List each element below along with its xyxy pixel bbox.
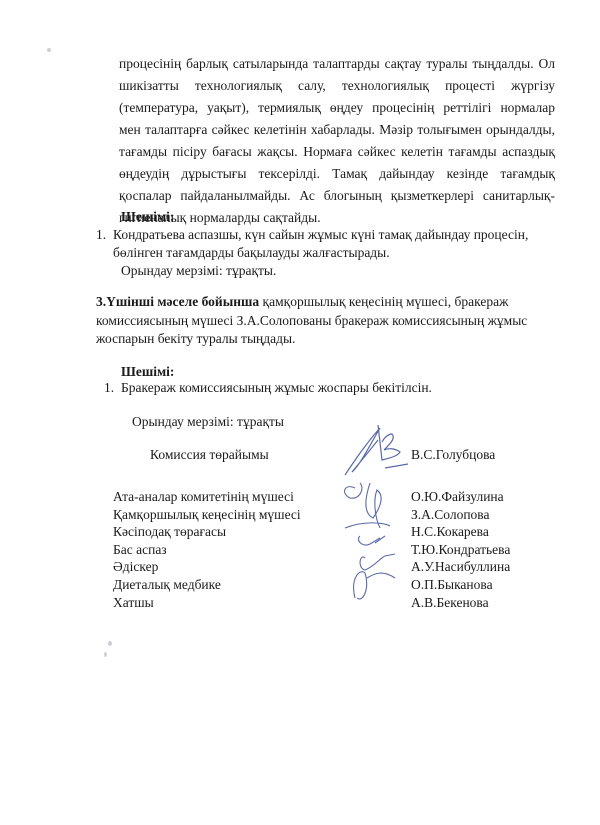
paragraph-line: шикізатты технологиялық салу, технология… — [119, 75, 555, 97]
paragraph-line: (температура, уақыт), термиялық өңдеу пр… — [119, 97, 555, 119]
member-name: О.Ю.Файзулина — [411, 488, 510, 506]
member-role: Әдіскер — [113, 558, 301, 576]
scan-speck — [104, 652, 107, 657]
member-role: Кәсіподақ төрағасы — [113, 523, 301, 541]
member-role: Хатшы — [113, 594, 301, 612]
issue3-line: жоспарын бекіту туралы тыңдады. — [96, 331, 295, 347]
member-role: Диеталық медбике — [113, 576, 301, 594]
member-name: Н.С.Кокарева — [411, 523, 510, 541]
decision-heading: Шешімі: — [121, 209, 174, 225]
member-names: О.Ю.Файзулина З.А.Солопова Н.С.Кокарева … — [411, 488, 510, 611]
member-name: Т.Ю.Кондратьева — [411, 541, 510, 559]
member-roles: Ата-аналар комитетінің мүшесі Қамқоршылы… — [113, 488, 301, 611]
scan-speck — [47, 48, 51, 52]
deadline-text: Орындау мерзімі: тұрақты. — [121, 263, 276, 279]
scan-speck — [108, 641, 112, 646]
paragraph-cooking-process: процесінің барлық сатыларында талаптарды… — [119, 53, 555, 229]
member-role: Қамқоршылық кеңесінің мүшесі — [113, 506, 301, 524]
issue3-heading: 3.Үшінші мәселе бойынша — [96, 294, 259, 309]
signature-chair — [340, 420, 410, 480]
member-name: А.В.Бекенова — [411, 594, 510, 612]
member-name: О.П.Быканова — [411, 576, 510, 594]
issue3-line: 3.Үшінші мәселе бойынша қамқоршылық кеңе… — [96, 294, 508, 310]
paragraph-line: мен талаптарға сәйкес келетінін хабарлад… — [119, 119, 555, 141]
member-name: А.У.Насибуллина — [411, 558, 510, 576]
paragraph-line: қоспалар пайдаланылмайды. Ас блогының қы… — [119, 185, 555, 207]
paragraph-line: өңдеудің дұрыстығы тексерілді. Тамақ дай… — [119, 163, 555, 185]
member-role: Ата-аналар комитетінің мүшесі — [113, 488, 301, 506]
list-number: 1. — [104, 380, 114, 396]
decision-item-line: Бракераж комиссиясының жұмыс жоспары бек… — [121, 380, 432, 396]
chair-name: В.С.Голубцова — [411, 447, 495, 463]
issue3-line: комиссиясының мүшесі З.А.Солопованы брак… — [96, 313, 527, 329]
paragraph-line: процесінің барлық сатыларында талаптарды… — [119, 53, 555, 75]
list-number: 1. — [96, 227, 106, 243]
paragraph-line: тағамды пісіру бағасы жақсы. Нормаға сәй… — [119, 141, 555, 163]
member-role: Бас аспаз — [113, 541, 301, 559]
member-name: З.А.Солопова — [411, 506, 510, 524]
issue3-text: қамқоршылық кеңесінің мүшесі, бракераж — [259, 294, 508, 309]
chair-role: Комиссия төрайымы — [150, 447, 269, 463]
paragraph-line: гигиеналық нормаларды сақтайды. — [119, 207, 555, 229]
deadline-text: Орындау мерзімі: тұрақты — [132, 414, 284, 430]
decision-heading: Шешімі: — [121, 364, 174, 380]
decision-item-line: Кондратьева аспазшы, күн сайын жұмыс күн… — [113, 227, 528, 243]
signatures-members — [335, 478, 415, 608]
decision-item-line: бөлінген тағамдарды бақылауды жалғастыра… — [113, 245, 390, 261]
